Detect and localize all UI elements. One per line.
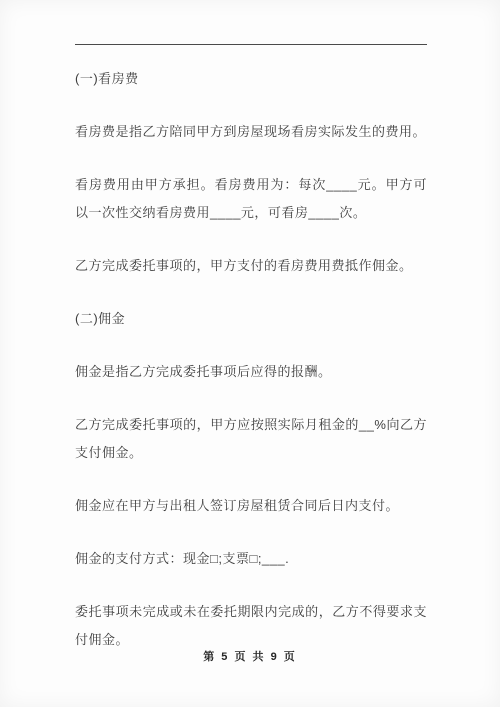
document-content: (一)看房费 看房费是指乙方陪同甲方到房屋现场看房实际发生的费用。 看房费用由甲… — [75, 65, 427, 654]
paragraph-commission-definition: 佣金是指乙方完成委托事项后应得的报酬。 — [75, 358, 427, 386]
paragraph-viewing-fee-offset: 乙方完成委托事项的，甲方支付的看房费用费抵作佣金。 — [75, 252, 427, 280]
document-page: (一)看房费 看房费是指乙方陪同甲方到房屋现场看房实际发生的费用。 看房费用由甲… — [0, 0, 500, 707]
paragraph-commission-forfeit: 委托事项未完成或未在委托期限内完成的，乙方不得要求支付佣金。 — [75, 598, 427, 654]
paragraph-viewing-fee-terms: 看房费用由甲方承担。看房费用为：每次____元。甲方可以一次性交纳看房费用___… — [75, 171, 427, 227]
paragraph-commission-rate: 乙方完成委托事项的，甲方应按照实际月租金的__%向乙方支付佣金。 — [75, 411, 427, 467]
paragraph-commission-payment-method: 佣金的支付方式：现金□;支票□;___. — [75, 545, 427, 573]
paragraph-viewing-fee-definition: 看房费是指乙方陪同甲方到房屋现场看房实际发生的费用。 — [75, 118, 427, 146]
page-top-divider — [75, 44, 427, 45]
paragraph-commission-due-date: 佣金应在甲方与出租人签订房屋租赁合同后日内支付。 — [75, 492, 427, 520]
section-heading-viewing-fee: (一)看房费 — [75, 65, 427, 93]
section-heading-commission: (二)佣金 — [75, 305, 427, 333]
page-number-footer: 第 5 页 共 9 页 — [0, 648, 500, 664]
